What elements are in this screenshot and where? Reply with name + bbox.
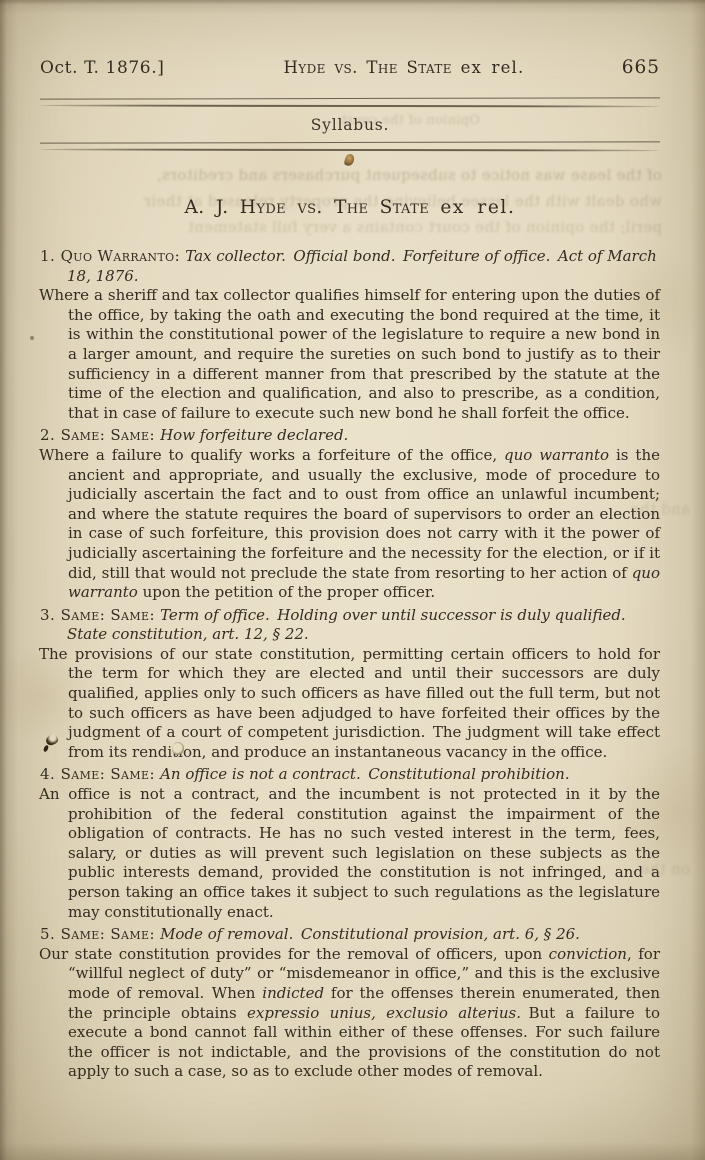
catchline: 5. Same: Same: Mode of removal. Constitu…: [40, 925, 660, 945]
term-date: Oct. T. 1876.]: [40, 58, 218, 78]
catchline: 3. Same: Same: Term of office. Holding o…: [40, 606, 660, 645]
horizontal-rule: [40, 142, 660, 151]
body-paragraph: Our state constitution provides for the …: [40, 945, 660, 1082]
syllabus-item-2: 2. Same: Same: How forfeiture declared. …: [40, 426, 660, 602]
case-title: A. J. Hyde vs. The State ex rel.: [40, 197, 660, 218]
running-head-case-name: Hyde vs. The State ex rel.: [218, 58, 590, 77]
catchline: 2. Same: Same: How forfeiture declared.: [40, 426, 660, 446]
page-number: 665: [590, 57, 660, 78]
syllabus-list: 1. Quo Warranto: Tax collector. Official…: [40, 247, 660, 1082]
scanned-page: Oct. T. 1876.] Hyde vs. The State ex rel…: [0, 0, 705, 1082]
catchline: 1. Quo Warranto: Tax collector. Official…: [40, 247, 660, 286]
section-heading: Syllabus.: [40, 116, 660, 134]
body-paragraph: Where a failure to qualify works a forfe…: [40, 446, 660, 603]
syllabus-item-4: 4. Same: Same: An office is not a contra…: [40, 765, 660, 922]
running-head: Oct. T. 1876.] Hyde vs. The State ex rel…: [40, 0, 660, 78]
syllabus-item-1: 1. Quo Warranto: Tax collector. Official…: [40, 247, 660, 423]
catchline: 4. Same: Same: An office is not a contra…: [40, 765, 660, 785]
body-paragraph: An office is not a contract, and the inc…: [40, 785, 660, 922]
syllabus-item-3: 3. Same: Same: Term of office. Holding o…: [40, 606, 660, 763]
body-paragraph: The provisions of our state constitution…: [40, 645, 660, 763]
body-paragraph: Where a sheriff and tax collector qualif…: [40, 286, 660, 423]
syllabus-item-5: 5. Same: Same: Mode of removal. Constitu…: [40, 925, 660, 1082]
horizontal-rule: [40, 98, 660, 107]
